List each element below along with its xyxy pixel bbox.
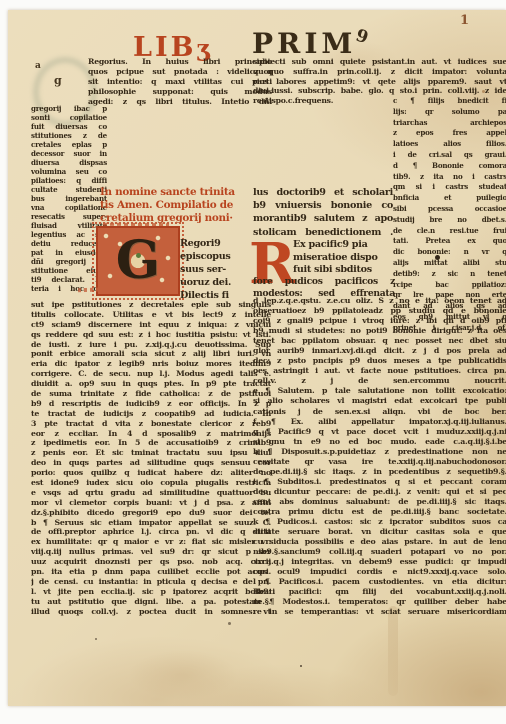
text-line: eor z eccliar. In 4 d sposalib9 z matrim…: [31, 429, 271, 439]
running-title-primus: PRIM9: [252, 27, 368, 60]
text-line: oes astringit i aut. vt facte noue pstit…: [253, 366, 506, 376]
text-line: studij bre no dbet.s.: [393, 215, 506, 226]
text-line: d lep.z.q.e.qstu. z.e.cu oliz. S z no e …: [253, 296, 506, 306]
text-line: z ipedimetis eor. In 5 de accusatioib9 z…: [31, 438, 271, 448]
text-line: dic bononie: n vr q: [393, 247, 506, 258]
text-line: mor vl clemetor corpis buani: vt j d psa…: [31, 498, 271, 508]
text-line: z penis eor. Et sic tminat tractatu suu …: [31, 448, 271, 458]
text-line: z epos fres appel: [393, 128, 506, 139]
text-line: detib9: z sic n tenet: [393, 269, 506, 280]
text-line: dec: z psto pncipis p9 duos meses a tpe …: [253, 356, 506, 366]
text-line: pilatioes: q diffi: [31, 176, 107, 185]
text-line: cessitate qr vasa ire te.xxiij.q.iij.nab…: [253, 457, 506, 467]
rubric-heading: In nomine sancte trinitatis Amen. Compil…: [100, 186, 256, 225]
text-line: nib9.§.sancium9 coll.iij.q suaderi potap…: [253, 547, 506, 557]
text-line: bus ingerebant: [31, 194, 107, 203]
text-line: glor aurib9 inmari.xvj.di.qd dicit. z j …: [253, 346, 506, 356]
left-intro-paragraph: Regorius. In huius libri principioquos p…: [88, 57, 272, 107]
text-line: miseratioe dispo: [293, 252, 393, 265]
text-line: corrigere. C. de secu. nup l.j. Modus ag…: [31, 369, 271, 379]
text-line: deo dicuntur peccare: de pe.di.j. z veni…: [253, 487, 506, 497]
text-line: c ¶ filijs bnedicit fi: [393, 96, 506, 107]
text-line: lijs: qr solumo pa: [393, 107, 506, 118]
text-line: i de cri.sal qs graui.: [393, 150, 506, 161]
text-line: diuidit a. op9 suu in quqs ptes. In p9 p…: [31, 379, 271, 389]
text-line: 3 pte tractat d vita z bonestate clerico…: [31, 419, 271, 429]
margin-guide-letter-a: a: [35, 61, 41, 71]
text-line: est idone9 iudex sicu oio copula piugali…: [31, 478, 271, 488]
text-line: fuit diuersas co: [31, 122, 107, 131]
text-line: tati. Pretea ex quo: [393, 236, 506, 247]
paper-leaf: LIBʒ PRIM9 1 a g Regorius. In huius libr…: [8, 10, 506, 706]
text-line: sut ipe pstitutiones z decretales eple s…: [31, 300, 271, 310]
text-line: gregorij ibac p: [31, 104, 107, 113]
text-line: cus ocul9 impudici cordis e nict9.xxxij.…: [253, 567, 506, 577]
text-line: l. vt jite pen ecclia.ij. sic p ipatorez…: [31, 587, 271, 597]
text-line: subiecti sub omni quiete psistant.in aut…: [253, 57, 506, 67]
text-line: deo in quqs partes ad silitudine quqs se…: [31, 458, 271, 468]
text-line: coll.v. z j de sen.ercommu noucrit.: [253, 376, 506, 386]
text-line: e ¶ Salutem. p tale salutatione non toll…: [253, 386, 506, 396]
text-line: qs reddere qd suu est: z i hoc iustitia …: [31, 330, 271, 340]
text-line: viij.q.iij nullus primas. vel su9 dr: qr…: [31, 547, 271, 557]
text-line: triarchas archiepos: [393, 118, 506, 129]
text-line: vna copilatione: [31, 203, 107, 212]
text-line: Ex pacific9 pia: [293, 239, 393, 252]
text-line: qm si i castrs studeat: [393, 182, 506, 193]
text-line: si gnu tn e9 no ed boc mudo. eade c.a.q.…: [253, 437, 506, 447]
text-line: diuersa dispsas: [31, 158, 107, 167]
text-line: b9 vniuersis bononie co: [253, 199, 393, 212]
running-title-primus-text: PRIM: [252, 27, 356, 60]
text-line: m ¶ Modestos.i. temperatos: qr quiliber …: [253, 597, 506, 607]
text-line: illud quoqs coll.vj. z poctea ducit in s…: [31, 607, 271, 617]
text-line: Beati pacifici: qm filij dei vocabunt.xx…: [253, 587, 506, 597]
text-line: d ¶ Bononie comora: [393, 161, 506, 172]
text-line: diui.iussi. subscrip. babe. glo. q sto.i…: [253, 86, 506, 96]
text-line: sibi pcessa occasioe: [393, 204, 506, 215]
text-line: Regorius. In huius libri principio: [88, 57, 272, 67]
margin-guide-letter-g: g: [54, 74, 62, 87]
text-line: sonti copilatioe: [31, 113, 107, 122]
text-line: f ¶ Ex. alibi appellatur impator.xj.q.ii…: [253, 417, 506, 427]
folio-number: 1: [460, 13, 469, 28]
text-line: lus doctorib9 et scholari: [253, 186, 393, 199]
text-line: stitutiones z de: [31, 131, 107, 140]
text-line: cant abs dominus saluabunt: de pe.di.iii…: [253, 497, 506, 507]
text-line: cultate studenti: [31, 185, 107, 194]
text-line: alijs mittat alibi stu: [393, 258, 506, 269]
text-line: de cle.n resi.tue frui: [393, 226, 506, 237]
text-line: de suma trinitate z fide catholica: z de…: [31, 389, 271, 399]
text-line: k ¶ Pudicos.i. castos: sic z ipcrator su…: [253, 517, 506, 527]
text-line: decessor suor in: [31, 149, 107, 158]
text-line: cu siducia possibilis e deo aias pstare.…: [253, 537, 506, 547]
text-line: dz.§.phibito dicedo gregori9 epo du9 suo…: [31, 508, 271, 518]
text-line: si alio scholares vl magistri edat excoi…: [253, 396, 506, 406]
text-line: eria dic ipator z legib9 nris boiuz more…: [31, 359, 271, 369]
text-line: rcipe bac ppilatioz:: [393, 280, 506, 291]
bottom-stain: [128, 650, 238, 700]
text-line: stitate seruare borat. vn dicitur casita…: [253, 527, 506, 537]
text-line: l ¶ Pacificos.i. pacem custodientes. vn …: [253, 577, 506, 587]
text-line: re in se temperantias: vt sciat seruare …: [253, 607, 506, 617]
text-line: tu aut pstitutio que digni. libe. a pa. …: [31, 597, 271, 607]
text-line: volumina seu co: [31, 167, 107, 176]
text-line: e vsqs ad qrtu gradu ad similitudine qua…: [31, 488, 271, 498]
text-line: latioes alios filios.: [393, 139, 506, 150]
fold-stain: [388, 606, 398, 696]
text-line: cationis j de sen.ex.si aliqn. vbi de bo…: [253, 407, 506, 417]
right-body-column: d lep.z.q.e.qstu. z.e.cu oliz. S z no e …: [253, 296, 506, 618]
text-line: i ¶ Subditos.i. predestinatos q si et pe…: [253, 477, 506, 487]
text-line: b9 d rescriptis de iudicib9 z eor offici…: [31, 399, 271, 409]
ink-speck: [95, 638, 97, 640]
text-line: coi9 z gnali9 pcipue i vtroq iure: z ibi…: [253, 316, 506, 326]
text-line: quos pcipue sut pnotada : videlicz q: [88, 67, 272, 77]
text-line: h ¶ Disposuit.s.p.puidetiaz z predestina…: [253, 447, 506, 457]
text-line: uuz acquirit dnoznsti per qs pso. nob ac…: [31, 557, 271, 567]
text-line: g ¶ Pacific9 q vt pace docet vcit i mudu…: [253, 427, 506, 437]
text-line: resecatis super-: [31, 212, 107, 221]
text-line: de iusti. z iure i pu. z.xij.q.j.cu deuo…: [31, 340, 271, 350]
text-line: b ¶ Seruus sic etiam impator appellat se…: [31, 518, 271, 528]
text-line: porio: quos quilbz q iudicat habere dz: …: [31, 468, 271, 478]
left-body-column: sut ipe pstitutiones z decretales eple s…: [31, 300, 271, 617]
initial-g-letter: G: [116, 231, 160, 291]
text-line: rios labores appetim9: vt qete alijs ppa…: [253, 77, 506, 87]
text-line: ponit erbice amorali scia sicut z alij l…: [31, 349, 271, 359]
text-line: de offi.preptor aphrice l.j. circa pn. v…: [31, 527, 271, 537]
text-line: titulis collocate. Utilitas e vt bis lec…: [31, 310, 271, 320]
text-line: j de censi. cu instantia: in pticula q d…: [31, 577, 271, 587]
text-line: b9 mudi si studetes: no poti9 bononie di…: [253, 326, 506, 336]
initial-g-green-dot: [136, 253, 141, 258]
text-line: fuit sibi sbditos: [293, 264, 393, 277]
text-line: tib9. z ita no i castrs: [393, 172, 506, 183]
text-line: cretales eplas p: [31, 140, 107, 149]
text-line: bnficia et puilegio: [393, 193, 506, 204]
text-line: de pe.di.iij.§ sic itaqs. z in pcedentib…: [253, 467, 506, 477]
text-line: contra primu dictu est de pe.di.iiij.§ b…: [253, 507, 506, 517]
text-line: tis Amen. Compilatio de: [100, 199, 256, 212]
scanned-page: LIBʒ PRIM9 1 a g Regorius. In huius libr…: [0, 0, 506, 724]
text-line: morantib9 salutem z apo: [253, 212, 393, 225]
text-line: fore pudicos pacificos z: [253, 276, 395, 288]
text-line: te tractat de iudicijs z coopatib9 ad iu…: [31, 409, 271, 419]
text-line: xxrij.q.j integritas. vn debem9 esse pud…: [253, 557, 506, 567]
text-line: tenet bac ppilatom obsuar. q nec posset …: [253, 336, 506, 346]
text-line: ct9 sciam9 discernere int equu z iniqua:…: [31, 320, 271, 330]
text-line: philosophie supponat: quis modus: [88, 87, 272, 97]
text-line: agedi: z qs libri titulus. Intetio dñi: [88, 97, 272, 107]
text-line: quoquo suffra.in prin.coll.ij. z dicit i…: [253, 67, 506, 77]
text-line: obseruatioez b9 ppilatoieadz pp studiu q…: [253, 306, 506, 316]
text-line: ex humilitate: qr q maior e vr z: fiat s…: [31, 537, 271, 547]
ink-speck: [228, 622, 231, 625]
text-line: In nomine sancte trinita: [100, 186, 256, 199]
ink-speck: [300, 665, 302, 667]
text-line: sit intentio: q maxi vtilitas cui parti: [88, 77, 272, 87]
right-exordium-lines: Ex pacific9 piamiseratioe dispofuit sibi…: [293, 239, 393, 277]
text-line: pn. ita etia p dnm papa cuilibet ecclie …: [31, 567, 271, 577]
